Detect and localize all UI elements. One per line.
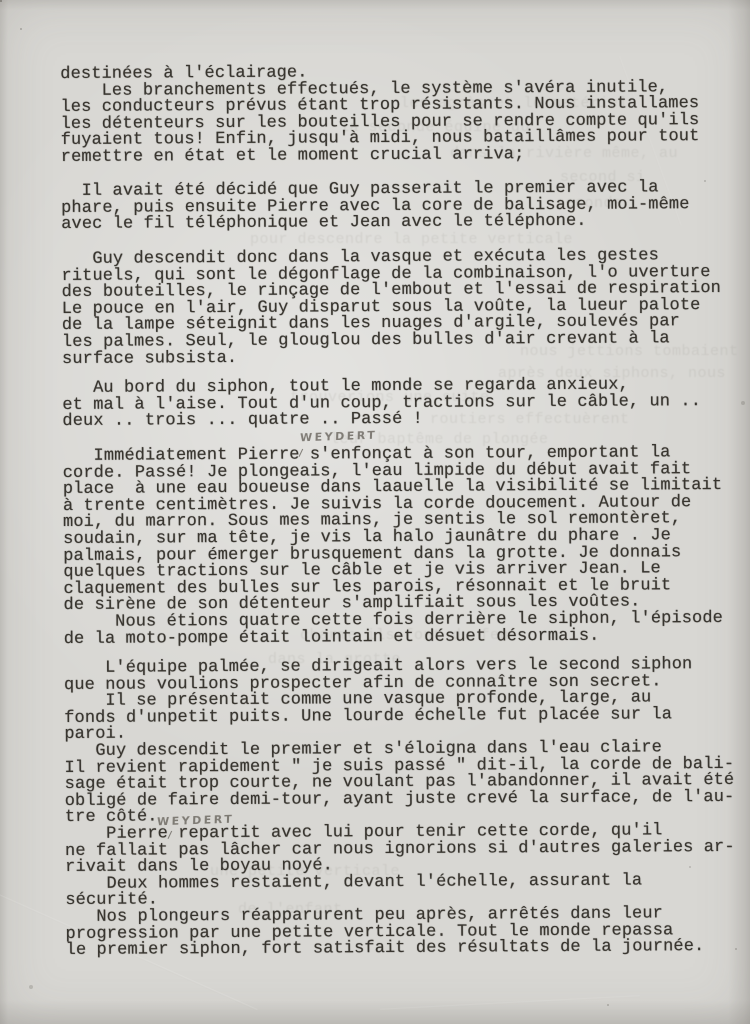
typewritten-paragraph: Il avait été décidé que Guy passerait le…: [61, 180, 690, 234]
typewritten-line: Deux hommes restaient, devant l'échelle,…: [65, 873, 735, 894]
typewritten-line: de la moto-pompe était lointain et désue…: [64, 627, 723, 648]
typewritten-line: deux .. trois ... quatre .. Passé !: [62, 410, 701, 430]
scanned-page: les agrès et le matériella seconde équip…: [0, 0, 750, 1024]
typewritten-layer: destinées à l'éclairage. Les branchement…: [0, 0, 750, 1024]
typewritten-line: le premier siphon, fort satisfait des ré…: [66, 939, 736, 960]
typewritten-paragraph: L'équipe palmée, se dirigeait alors vers…: [64, 657, 735, 960]
typewritten-paragraph: Au bord du siphon, tout le monde se rega…: [62, 377, 701, 431]
typewritten-paragraph: destinées à l'éclairage. Les branchement…: [60, 63, 699, 166]
typewritten-line: avec le fil téléphonique et Jean avec le…: [61, 213, 689, 233]
typewritten-paragraph: Immédiatement Pierre s'enfonçat à son to…: [63, 445, 724, 648]
typewritten-line: remettre en état et le moment crucial ar…: [61, 146, 700, 166]
typewritten-line: fonds d'unpetit puits. Une lourde échell…: [64, 707, 734, 728]
typewritten-paragraph: Guy descendit donc dans la vasque et exé…: [61, 248, 721, 368]
typewritten-line: obligé de faire demi-tour, ayant juste c…: [65, 790, 735, 811]
typewritten-line: surface subsista.: [62, 348, 721, 369]
